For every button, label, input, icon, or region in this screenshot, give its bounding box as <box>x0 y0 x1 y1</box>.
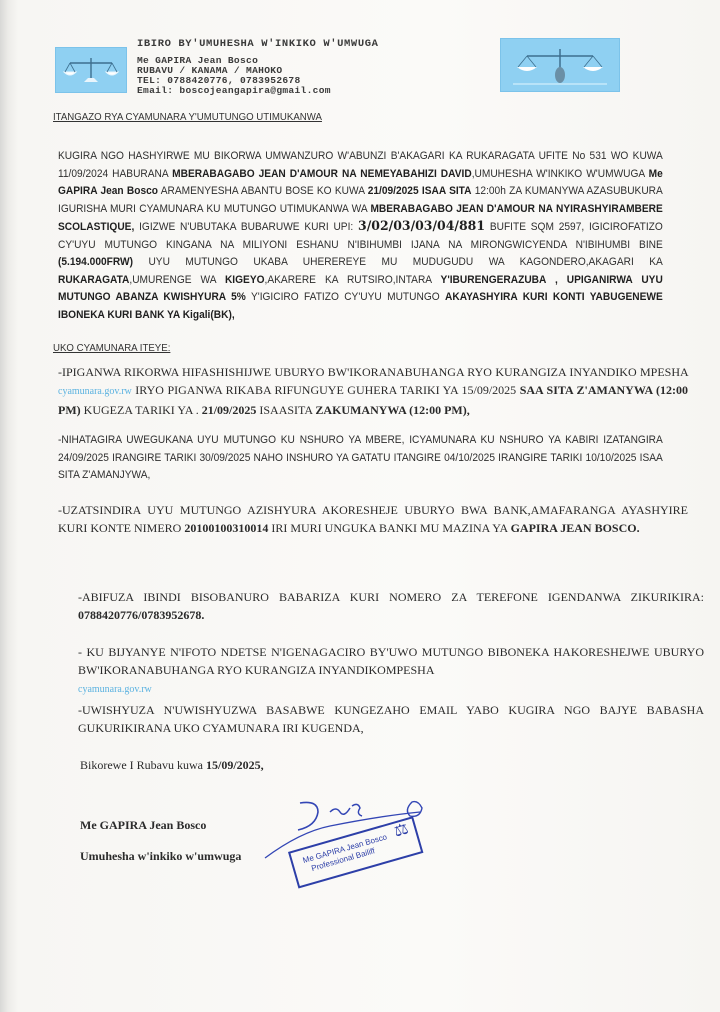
signatory-role: Umuhesha w'inkiko w'umwuga <box>80 849 241 864</box>
parties: MBERABAGABO JEAN D'AMOUR NA NEMEYABAHIZI… <box>172 168 472 180</box>
payment-paragraph: -UZATSINDIRA UYU MUTUNGO AZISHYURA AKORE… <box>58 501 688 537</box>
scales-of-justice-icon: ⚖ <box>393 824 410 838</box>
document-title: ITANGAZO RYA CYAMUNARA Y'UMUTUNGO UTIMUK… <box>53 111 322 123</box>
signatory-name: Me GAPIRA Jean Bosco <box>80 818 206 833</box>
document-page: IBIRO BY'UMUHESHA W'INKIKO W'UMWUGA Me G… <box>0 0 720 1012</box>
email-note-paragraph: -UWISHYUZA N'UWISHYUZWA BASABWE KUNGEZAH… <box>78 701 704 737</box>
contact-paragraph: -ABIFUZA IBINDI BISOBANURO BABARIZA KURI… <box>78 588 704 624</box>
scales-of-justice-icon <box>55 47 127 93</box>
signing-date: 15/09/2025, <box>206 758 264 772</box>
photos-paragraph: - KU BIJYANYE N'IFOTO NDETSE N'IGENAGACI… <box>78 643 704 699</box>
section-heading: UKO CYAMUNARA ITEYE: <box>53 342 170 354</box>
place-date: Bikorewe I Rubavu kuwa 15/09/2025, <box>80 756 380 774</box>
reserve-price: (5.194.000FRW) <box>58 256 133 268</box>
auction-date: 21/09/2025 ISAA SITA <box>368 185 472 197</box>
intro-paragraph: KUGIRA NGO HASHYIRWE MU BIKORWA UMWANZUR… <box>58 148 663 324</box>
letterhead: IBIRO BY'UMUHESHA W'INKIKO W'UMWUGA Me G… <box>137 38 379 96</box>
account-holder: GAPIRA JEAN BOSCO. <box>511 521 640 535</box>
bailiff-stamp: Me GAPIRA Jean Bosco Professional Bailif… <box>288 816 423 888</box>
closing-date: 21/09/2025 <box>202 403 257 417</box>
bidding-paragraph: -IPIGANWA RIKORWA HIFASHISHIJWE UBURYO B… <box>58 363 688 419</box>
schedule-paragraph: -NIHATAGIRA UWEGUKANA UYU MUTUNGO KU NSH… <box>58 432 663 485</box>
account-number: 20100100310014 <box>184 521 268 535</box>
scales-of-justice-icon <box>500 38 620 92</box>
letterhead-email: Email: boscojeangapira@gmail.com <box>137 86 379 96</box>
cyamunara-link[interactable]: cyamunara.gov.rw <box>78 684 152 695</box>
letterhead-title: IBIRO BY'UMUHESHA W'INKIKO W'UMWUGA <box>137 38 379 50</box>
upi-number: 3/02/03/03/04/881 <box>358 219 485 234</box>
phone-numbers: 0788420776/0783952678. <box>78 608 204 622</box>
cyamunara-link[interactable]: cyamunara.gov.rw <box>58 386 132 397</box>
